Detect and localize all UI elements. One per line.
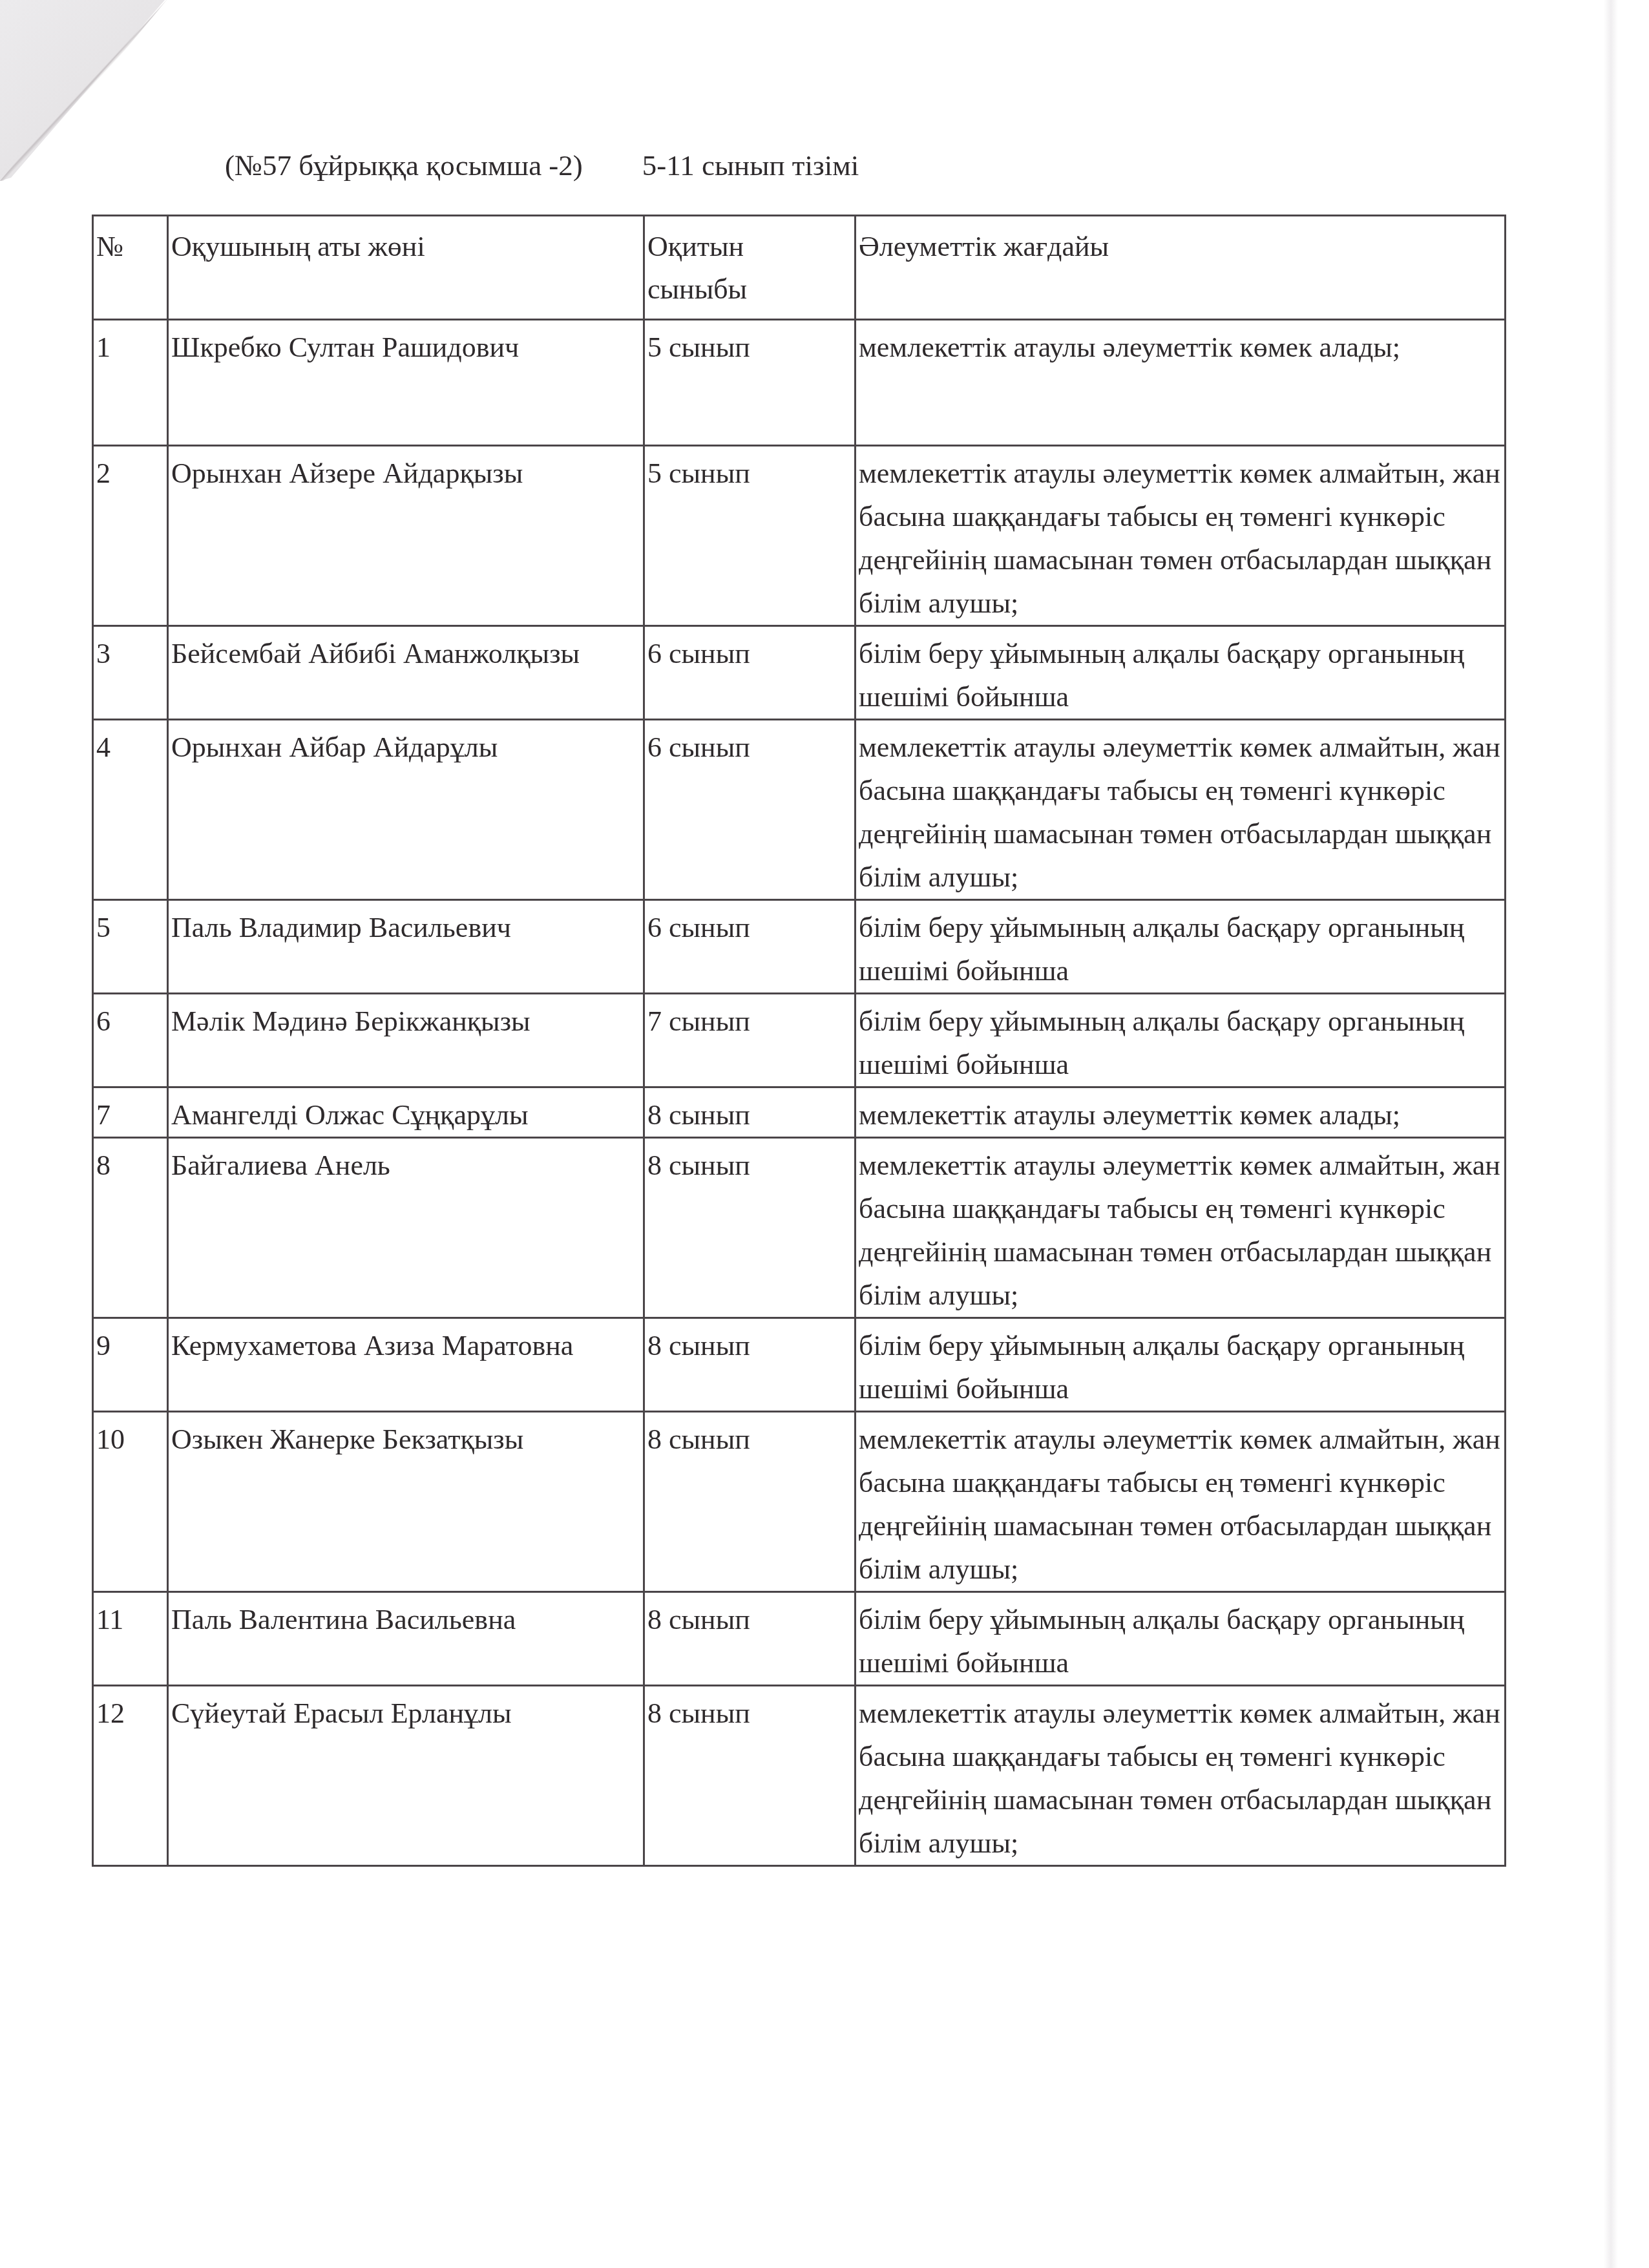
table-row: 2Орынхан Айзере Айдарқызы5 сыныпмемлекет… [93, 446, 1506, 626]
table-row: 6Мәлік Мәдинә Берікжанқызы7 сыныпбілім б… [93, 994, 1506, 1087]
student-grade: 8 сынып [644, 1686, 856, 1866]
student-name: Байгалиева Анель [168, 1138, 644, 1318]
social-status: мемлекеттік атаулы әлеуметтік көмек алма… [856, 1412, 1506, 1592]
table-row: 4Орынхан Айбар Айдарұлы6 сыныпмемлекетті… [93, 720, 1506, 900]
table-row: 10Озыкен Жанерке Бекзатқызы8 сыныпмемлек… [93, 1412, 1506, 1592]
student-name: Паль Владимир Васильевич [168, 900, 644, 994]
student-name: Шкребко Султан Рашидович [168, 320, 644, 446]
row-number: 11 [93, 1592, 168, 1686]
student-grade: 8 сынып [644, 1412, 856, 1592]
student-grade: 8 сынып [644, 1087, 856, 1138]
student-name: Орынхан Айзере Айдарқызы [168, 446, 644, 626]
row-number: 7 [93, 1087, 168, 1138]
student-name: Сүйеутай Ерасыл Ерланұлы [168, 1686, 644, 1866]
social-status: білім беру ұйымының алқалы басқару орган… [856, 900, 1506, 994]
table-row: 8Байгалиева Анель8 сыныпмемлекеттік атау… [93, 1138, 1506, 1318]
row-number: 10 [93, 1412, 168, 1592]
student-grade: 6 сынып [644, 720, 856, 900]
student-name: Бейсембай Айбибі Аманжолқызы [168, 626, 644, 720]
social-status: мемлекеттік атаулы әлеуметтік көмек алма… [856, 446, 1506, 626]
scan-shadow [1604, 0, 1618, 2268]
table-row: 9Кермухаметова Азиза Маратовна8 сыныпбіл… [93, 1318, 1506, 1412]
social-status: мемлекеттік атаулы әлеуметтік көмек алма… [856, 1138, 1506, 1318]
row-number: 6 [93, 994, 168, 1087]
social-status: мемлекеттік атаулы әлеуметтік көмек алад… [856, 320, 1506, 446]
student-list-table: № Оқушының аты жөні Оқитын сыныбы Әлеуме… [92, 215, 1506, 1867]
student-name: Орынхан Айбар Айдарұлы [168, 720, 644, 900]
table-row: 11Паль Валентина Васильевна8 сыныпбілім … [93, 1592, 1506, 1686]
document-title: (№57 бұйрыққа қосымша -2)5-11 сынып тізі… [225, 146, 859, 185]
student-grade: 8 сынып [644, 1138, 856, 1318]
student-grade: 6 сынып [644, 626, 856, 720]
row-number: 9 [93, 1318, 168, 1412]
row-number: 8 [93, 1138, 168, 1318]
student-name: Мәлік Мәдинә Берікжанқызы [168, 994, 644, 1087]
student-grade: 8 сынып [644, 1592, 856, 1686]
row-number: 5 [93, 900, 168, 994]
social-status: білім беру ұйымының алқалы басқару орган… [856, 626, 1506, 720]
row-number: 2 [93, 446, 168, 626]
table-row: 3Бейсембай Айбибі Аманжолқызы6 сыныпбілі… [93, 626, 1506, 720]
social-status: мемлекеттік атаулы әлеуметтік көмек алма… [856, 720, 1506, 900]
student-grade: 5 сынып [644, 320, 856, 446]
title-order-reference: (№57 бұйрыққа қосымша -2) [225, 149, 583, 182]
student-grade: 7 сынып [644, 994, 856, 1087]
social-status: білім беру ұйымының алқалы басқару орган… [856, 994, 1506, 1087]
header-social-status: Әлеуметтік жағдайы [856, 216, 1506, 320]
student-name: Амангелді Олжас Сұңқарұлы [168, 1087, 644, 1138]
student-name: Кермухаметова Азиза Маратовна [168, 1318, 644, 1412]
header-student-name: Оқушының аты жөні [168, 216, 644, 320]
header-number: № [93, 216, 168, 320]
table-row: 5Паль Владимир Васильевич6 сыныпбілім бе… [93, 900, 1506, 994]
student-grade: 6 сынып [644, 900, 856, 994]
row-number: 1 [93, 320, 168, 446]
row-number: 4 [93, 720, 168, 900]
title-list-name: 5-11 сынып тізімі [642, 149, 859, 182]
row-number: 3 [93, 626, 168, 720]
table-header-row: № Оқушының аты жөні Оқитын сыныбы Әлеуме… [93, 216, 1506, 320]
student-grade: 5 сынып [644, 446, 856, 626]
social-status: мемлекеттік атаулы әлеуметтік көмек алма… [856, 1686, 1506, 1866]
table-row: 1Шкребко Султан Рашидович5 сыныпмемлекет… [93, 320, 1506, 446]
student-name: Паль Валентина Васильевна [168, 1592, 644, 1686]
table-row: 12Сүйеутай Ерасыл Ерланұлы8 сыныпмемлеке… [93, 1686, 1506, 1866]
student-grade: 8 сынып [644, 1318, 856, 1412]
table-row: 7Амангелді Олжас Сұңқарұлы8 сыныпмемлеке… [93, 1087, 1506, 1138]
header-grade: Оқитын сыныбы [644, 216, 856, 320]
social-status: білім беру ұйымының алқалы басқару орган… [856, 1592, 1506, 1686]
row-number: 12 [93, 1686, 168, 1866]
social-status: мемлекеттік атаулы әлеуметтік көмек алад… [856, 1087, 1506, 1138]
social-status: білім беру ұйымының алқалы басқару орган… [856, 1318, 1506, 1412]
student-name: Озыкен Жанерке Бекзатқызы [168, 1412, 644, 1592]
